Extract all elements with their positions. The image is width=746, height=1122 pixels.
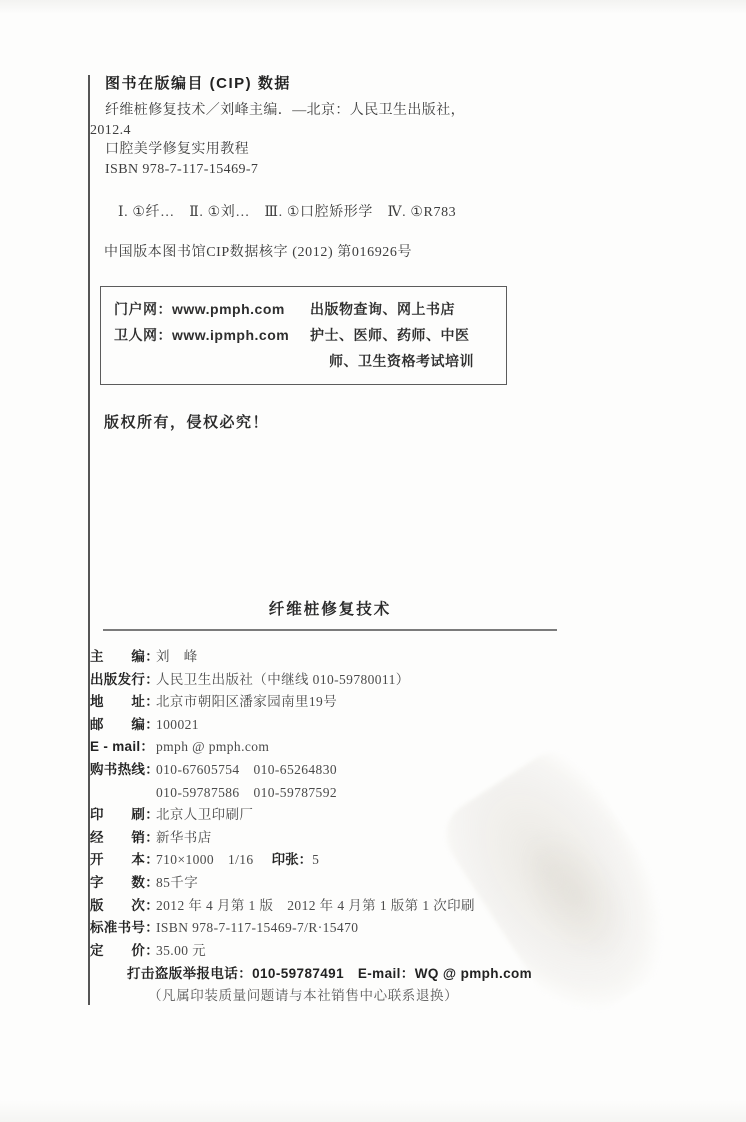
colophon-row-email: E - mail：pmph @ pmph.com	[90, 736, 690, 759]
copyright-notice: 版权所有，侵权必究！	[104, 411, 269, 432]
colophon-value: 100021	[156, 717, 199, 732]
colophon-label: 印 刷：	[90, 804, 156, 827]
book-title: 纤维桩修复技术	[103, 597, 557, 619]
colophon-row-address: 地 址：北京市朝阳区潘家园南里19号	[90, 691, 690, 714]
colophon-value: 刘 峰	[156, 649, 198, 664]
service-desc-line2: 护士、医师、药师、中医	[310, 322, 496, 348]
colophon-label: 开 本：	[90, 849, 156, 872]
colophon-row-postcode: 邮 编：100021	[90, 714, 690, 737]
cip-record-number: 中国版本图书馆CIP数据核字 (2012) 第016926号	[104, 241, 412, 261]
colophon-row-editor: 主 编：刘 峰	[90, 646, 690, 669]
colophon-value: 35.00 元	[156, 943, 206, 958]
colophon-value: ISBN 978-7-117-15469-7/R·15470	[156, 920, 358, 935]
colophon-label: 购书热线：	[90, 759, 156, 782]
colophon-value: 2012 年 4 月第 1 版 2012 年 4 月第 1 版第 1 次印刷	[156, 898, 475, 913]
colophon-label: 版 次：	[90, 895, 156, 918]
service-desc-column: 出版物查询、网上书店 护士、医师、药师、中医 师、卫生资格考试培训	[310, 296, 496, 374]
colophon-row-publisher: 出版发行：人民卫生出版社（中继线 010-59780011）	[90, 669, 690, 692]
health-site-label: 卫人网：	[114, 327, 172, 343]
cip-entry-paragraph: 纤维桩修复技术／刘峰主编．—北京：人民卫生出版社， 2012.4 口腔美学修复实…	[90, 101, 560, 179]
colophon-value: 85千字	[156, 875, 198, 890]
colophon-value: 710×1000 1/16	[156, 852, 254, 867]
colophon-value: pmph @ pmph.com	[156, 739, 269, 754]
colophon-label: 地 址：	[90, 691, 156, 714]
colophon-label: 定 价：	[90, 940, 156, 963]
print-sheets-label: 印张：	[272, 852, 313, 867]
portal-site-label: 门户网：	[114, 301, 172, 317]
series-title: 口腔美学修复实用教程	[90, 140, 560, 160]
service-desc-line1: 出版物查询、网上书店	[310, 296, 496, 322]
colophon-value: 010-67605754 010-65264830	[156, 762, 337, 777]
print-sheets-value: 5	[312, 852, 319, 867]
isbn-line: ISBN 978-7-117-15469-7	[90, 160, 560, 180]
classification-line: Ⅰ. ①纤… Ⅱ. ①刘… Ⅲ. ①口腔矫形学 Ⅳ. ①R783	[118, 201, 456, 221]
health-site-line: 卫人网：www.ipmph.com	[114, 322, 310, 348]
colophon-value: 北京人卫印刷厂	[156, 807, 253, 822]
colophon-label: 经 销：	[90, 827, 156, 850]
cip-header: 图书在版编目 (CIP) 数据	[105, 72, 291, 93]
colophon-label: 邮 编：	[90, 714, 156, 737]
colophon-row-hotline: 购书热线：010-67605754 010-65264830	[90, 759, 690, 782]
colophon-value: 新华书店	[156, 830, 212, 845]
cip-entry-year: 2012.4	[90, 121, 560, 141]
service-info-box: 门户网：www.pmph.com 卫人网：www.ipmph.com 出版物查询…	[100, 286, 507, 385]
colophon-value: 010-59787586 010-59787592	[156, 785, 337, 800]
portal-site-url: www.pmph.com	[172, 301, 285, 317]
service-sites-column: 门户网：www.pmph.com 卫人网：www.ipmph.com	[114, 296, 310, 374]
title-divider	[103, 629, 557, 631]
portal-site-line: 门户网：www.pmph.com	[114, 296, 310, 322]
cip-entry-line1: 纤维桩修复技术／刘峰主编．—北京：人民卫生出版社，	[90, 101, 560, 121]
colophon-value: 人民卫生出版社（中继线 010-59780011）	[156, 672, 410, 687]
colophon-value: 北京市朝阳区潘家园南里19号	[156, 694, 337, 709]
colophon-label: 标准书号：	[90, 917, 156, 940]
scanned-copyright-page: 图书在版编目 (CIP) 数据 纤维桩修复技术／刘峰主编．—北京：人民卫生出版社…	[0, 0, 746, 1122]
health-site-url: www.ipmph.com	[172, 327, 289, 343]
service-desc-line3: 师、卫生资格考试培训	[310, 348, 496, 374]
colophon-label: 出版发行：	[90, 669, 156, 692]
colophon-label: 字 数：	[90, 872, 156, 895]
colophon-label: 主 编：	[90, 646, 156, 669]
colophon-label: E - mail：	[90, 736, 156, 759]
